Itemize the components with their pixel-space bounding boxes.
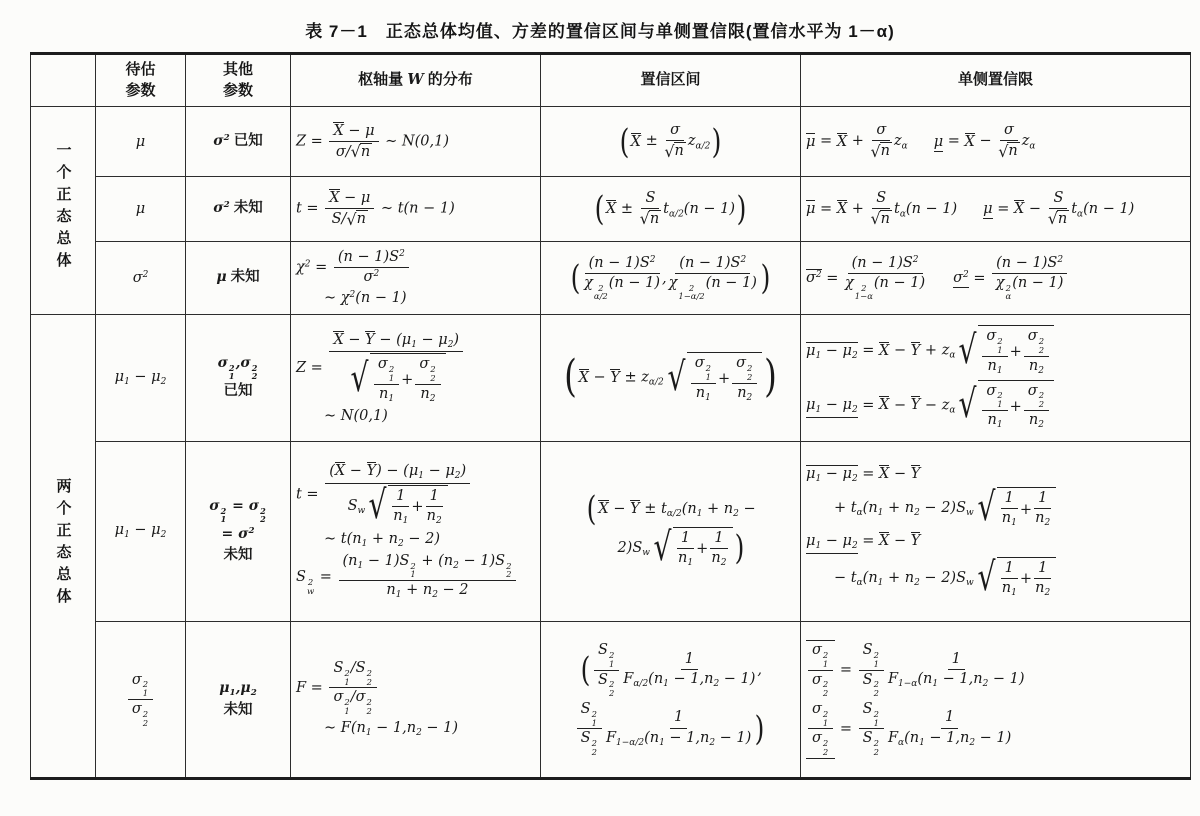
param-cell-row4: μ1 − μ2 [96, 315, 186, 442]
ci-cell-row6: (S21S221Fα/2(n1 − 1,n2 − 1),S21S221F1−α/… [541, 622, 801, 779]
table-title: 表 7－1 正态总体均值、方差的置信区间与单侧置信限(置信水平为 1－α) [0, 17, 1200, 42]
pivot-cell-row1: Z = X − μσ/√n ∼ N(0,1) [291, 107, 541, 177]
group-cell-one-normal-population: 一个正态总体 [31, 107, 96, 315]
ci-cell-row1: (X ± σ√nzα/2) [541, 107, 801, 177]
limits-cell-row6: σ21σ22 = S21S221F1−α(n1 − 1,n2 − 1)σ21σ2… [801, 622, 1191, 779]
other-cell-row1: σ2 已知 [186, 107, 291, 177]
other-cell-row2: σ2 未知 [186, 177, 291, 242]
ci-cell-row4: (X − Y ± zα/2√σ21n1 + σ22n2) [541, 315, 801, 442]
param-cell-row5: μ1 − μ2 [96, 442, 186, 622]
header-group [31, 54, 96, 107]
other-cell-row5: σ21 = σ22= σ2未知 [186, 442, 291, 622]
header-one-sided-limits: 单侧置信限 [801, 54, 1191, 107]
other-cell-row3: μ 未知 [186, 242, 291, 315]
other-cell-row4: σ21,σ22已知 [186, 315, 291, 442]
param-cell-row6: σ21σ22 [96, 622, 186, 779]
table-row: 两个正态总体 μ1 − μ2 σ21,σ22已知 Z = X − Y − (μ1… [31, 315, 1191, 442]
pivot-cell-row5: t = (X − Y) − (μ1 − μ2)Sw√1n1 + 1n2∼ t(n… [291, 442, 541, 622]
group-cell-two-normal-populations: 两个正态总体 [31, 315, 96, 779]
table-row: σ2 μ 未知 χ2 = (n − 1)S2σ2∼ χ2(n − 1) ((n … [31, 242, 1191, 315]
limits-cell-row3: σ2 = (n − 1)S2χ21−α(n − 1)σ2 = (n − 1)S2… [801, 242, 1191, 315]
header-row: 待估参数 其他参数 枢轴量 W 的分布 置信区间 单侧置信限 [31, 54, 1191, 107]
limits-cell-row2: μ = X + S√ntα(n − 1)μ = X − S√ntα(n − 1) [801, 177, 1191, 242]
table: 待估参数 其他参数 枢轴量 W 的分布 置信区间 单侧置信限 一个正态总体 μ … [30, 52, 1191, 780]
header-pivot-distribution: 枢轴量 W 的分布 [291, 54, 541, 107]
ci-cell-row2: (X ± S√ntα/2(n − 1)) [541, 177, 801, 242]
group-label-one-normal-population: 一个正态总体 [53, 142, 74, 274]
table-row: σ21σ22 μ1,μ2未知 F = S21/S22σ21/σ22∼ F(n1 … [31, 622, 1191, 779]
pivot-cell-row2: t = X − μS/√n ∼ t(n − 1) [291, 177, 541, 242]
pivot-cell-row3: χ2 = (n − 1)S2σ2∼ χ2(n − 1) [291, 242, 541, 315]
header-confidence-interval: 置信区间 [541, 54, 801, 107]
header-estimated-param: 待估参数 [96, 54, 186, 107]
ci-cell-row3: ((n − 1)S2χ2α/2(n − 1),(n − 1)S2χ21−α/2(… [541, 242, 801, 315]
table-row: μ σ2 未知 t = X − μS/√n ∼ t(n − 1) (X ± S√… [31, 177, 1191, 242]
scanned-textbook-page: 表 7－1 正态总体均值、方差的置信区间与单侧置信限(置信水平为 1－α) 待估… [0, 0, 1200, 816]
pivot-cell-row6: F = S21/S22σ21/σ22∼ F(n1 − 1,n2 − 1) [291, 622, 541, 779]
table-row: 一个正态总体 μ σ2 已知 Z = X − μσ/√n ∼ N(0,1) (X… [31, 107, 1191, 177]
param-cell-row3: σ2 [96, 242, 186, 315]
pivot-cell-row4: Z = X − Y − (μ1 − μ2)√σ21n1 + σ22n2∼ N(0… [291, 315, 541, 442]
other-cell-row6: μ1,μ2未知 [186, 622, 291, 779]
group-label-two-normal-populations: 两个正态总体 [53, 478, 74, 610]
param-cell-row1: μ [96, 107, 186, 177]
ci-cell-row5: (X − Y ± tα/2(n1 + n2 −2)Sw√1n1 + 1n2) [541, 442, 801, 622]
table-row: μ1 − μ2 σ21 = σ22= σ2未知 t = (X − Y) − (μ… [31, 442, 1191, 622]
limits-cell-row5: μ1 − μ2 = X − Y+ tα(n1 + n2 − 2)Sw√1n1 +… [801, 442, 1191, 622]
param-cell-row2: μ [96, 177, 186, 242]
confidence-interval-table: 待估参数 其他参数 枢轴量 W 的分布 置信区间 单侧置信限 一个正态总体 μ … [30, 52, 1191, 780]
header-other-param: 其他参数 [186, 54, 291, 107]
limits-cell-row4: μ1 − μ2 = X − Y + zα√σ21n1 + σ22n2μ1 − μ… [801, 315, 1191, 442]
limits-cell-row1: μ = X + σ√nzαμ = X − σ√nzα [801, 107, 1191, 177]
